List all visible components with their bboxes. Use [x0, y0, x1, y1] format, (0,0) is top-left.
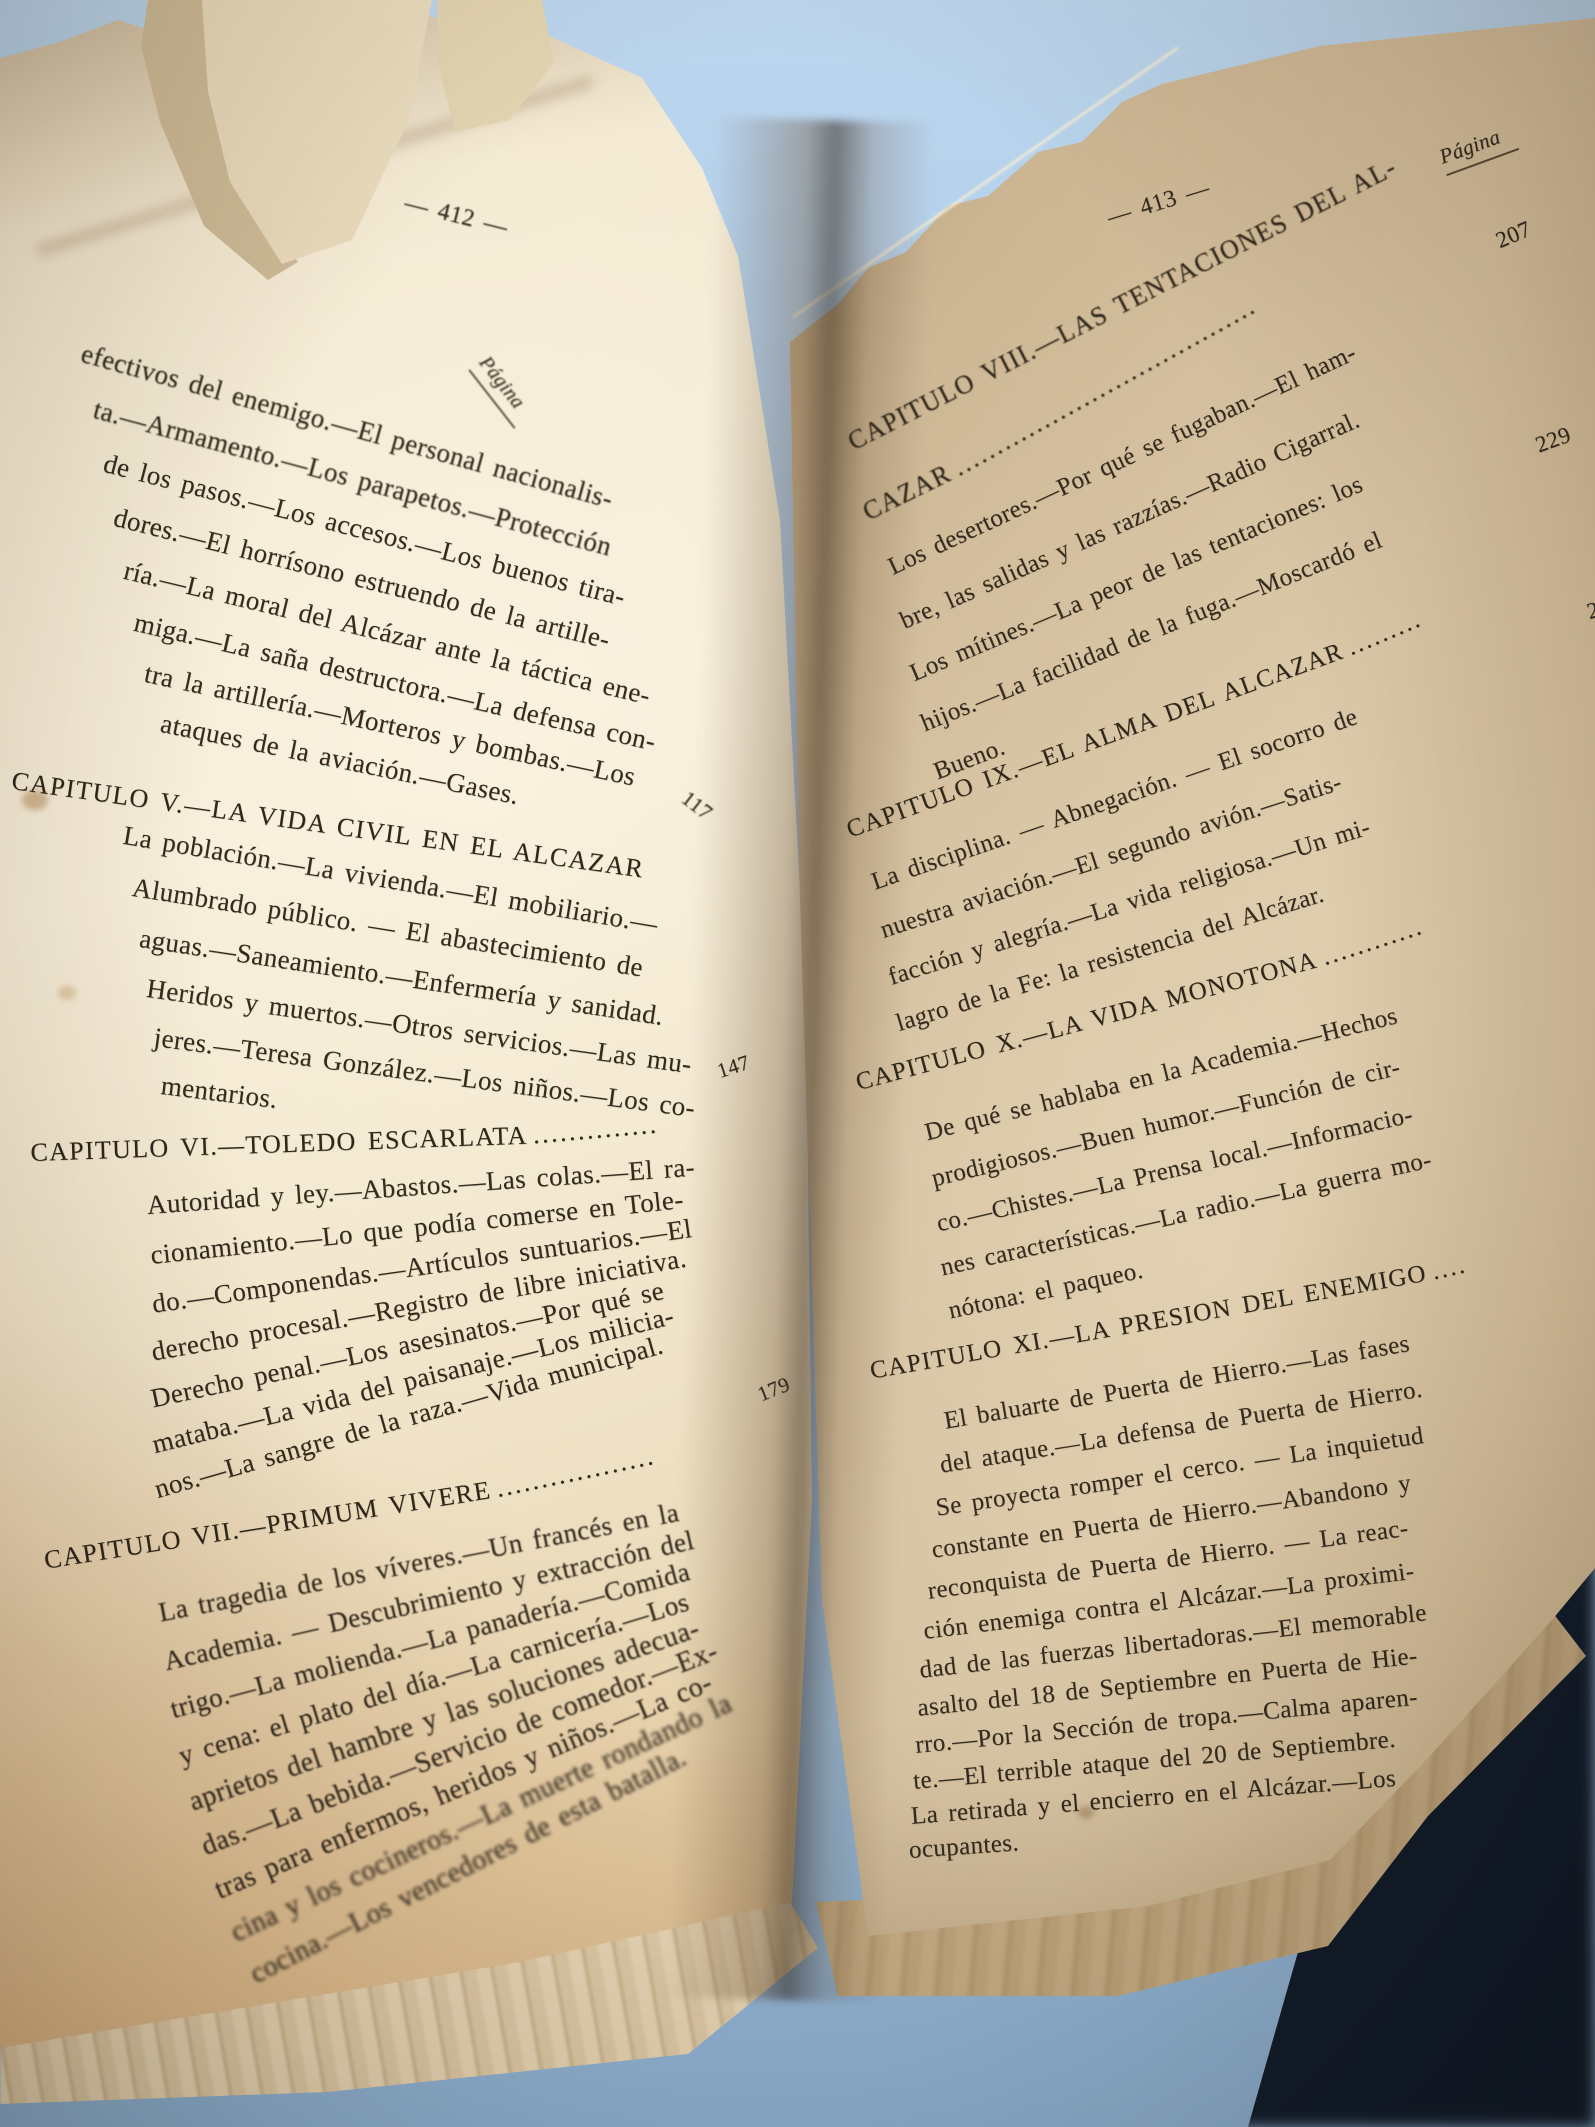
book-photo: — 412 — Página efectivos del enemigo.—El…: [0, 0, 1595, 2127]
paper-stain: [58, 986, 76, 1000]
leader-dots: ....: [1429, 1251, 1469, 1286]
